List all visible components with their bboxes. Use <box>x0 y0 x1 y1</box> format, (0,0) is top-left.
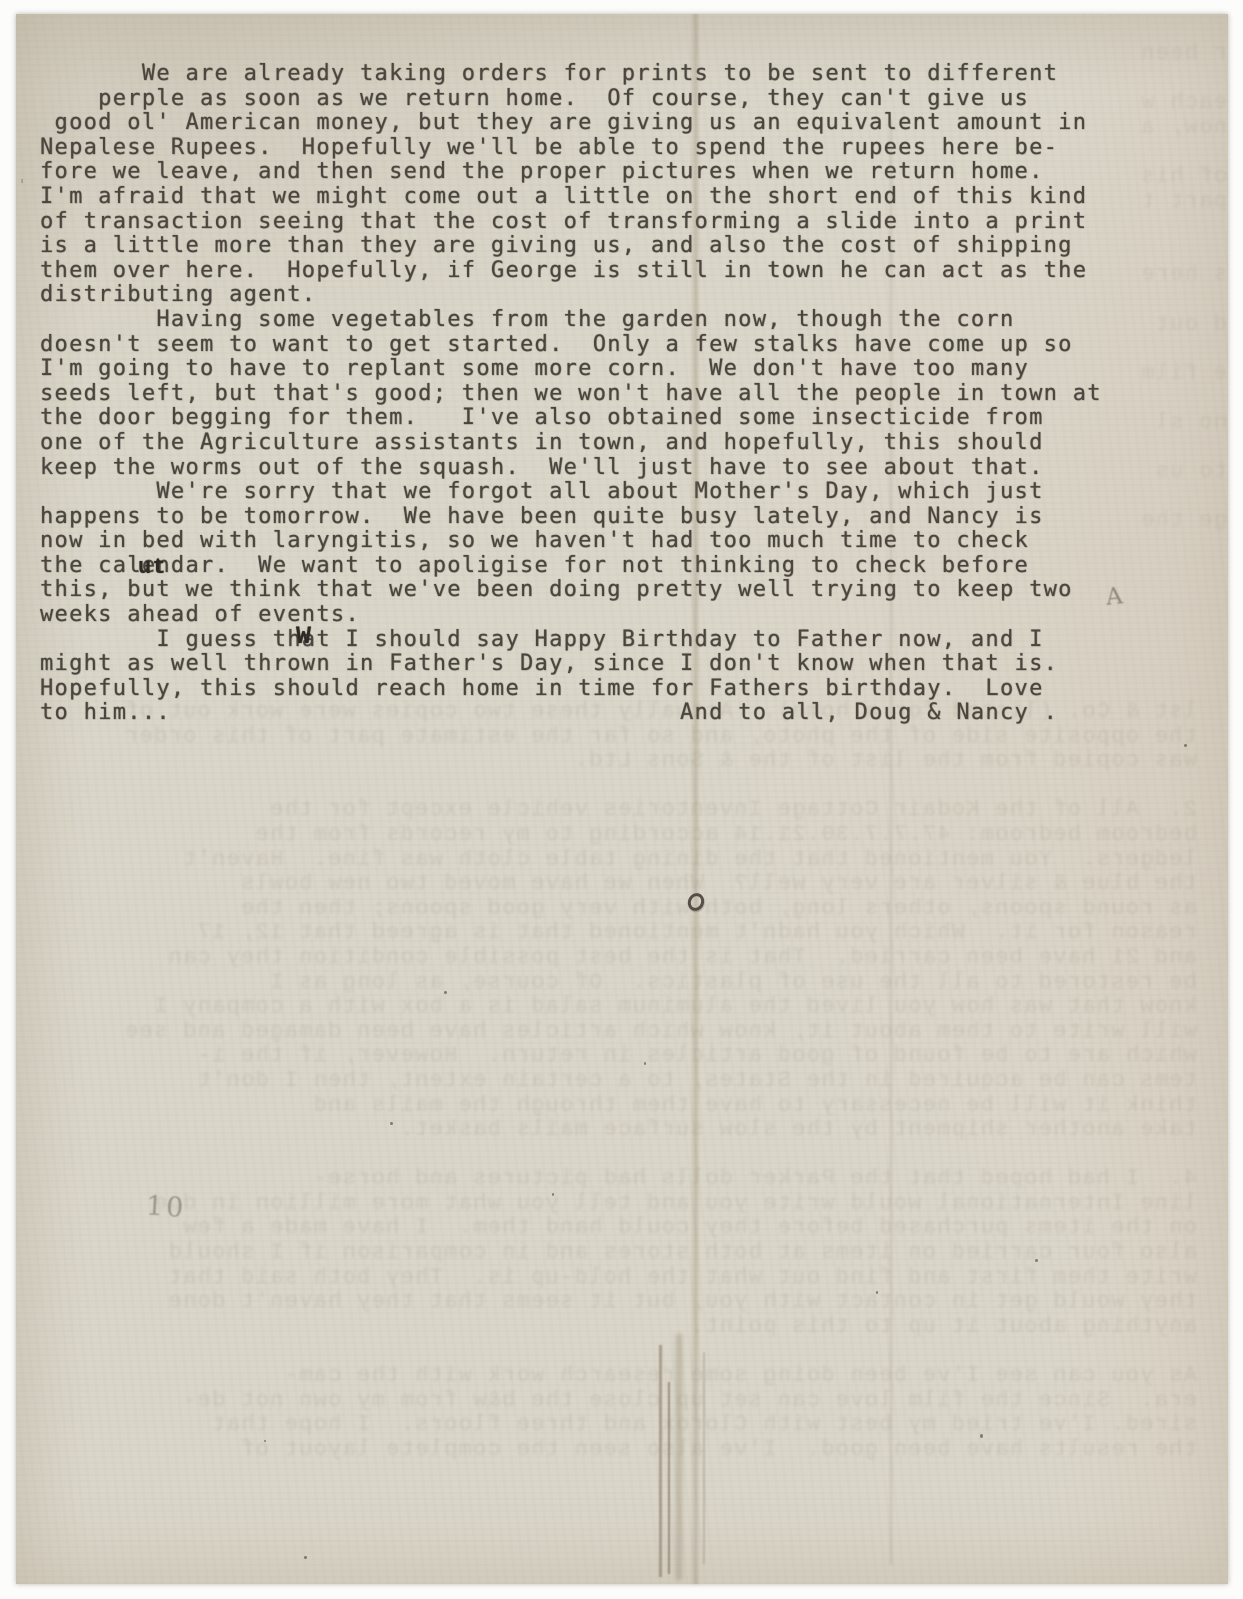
speck <box>980 1434 983 1438</box>
typed-letter-text: We are already taking orders for prints … <box>40 62 1102 726</box>
fold-streak-1 <box>659 1345 662 1577</box>
overstrike-ut: ut <box>138 556 167 581</box>
margin-tick-mark: ' <box>20 176 24 194</box>
speck <box>390 1122 393 1125</box>
speck <box>444 991 447 994</box>
fold-streak-3 <box>676 1334 682 1580</box>
fold-streak-4 <box>703 1352 705 1564</box>
speck <box>876 1291 878 1294</box>
speck <box>1035 1259 1038 1262</box>
pencil-mark-10: 10 <box>145 1191 187 1224</box>
bleedthrough-text-body: lst & Co. (listed for a home). Actually … <box>52 700 1197 1475</box>
fold-crease-right <box>889 120 893 1565</box>
speck <box>644 1062 646 1065</box>
pencil-mark-a: A <box>1105 583 1124 611</box>
speck <box>1184 744 1187 747</box>
overstrike-w: W <box>296 625 312 650</box>
scanned-letter-page: lst & Co. (listed for a home). Actually … <box>0 0 1243 1599</box>
speck <box>264 1440 266 1442</box>
fold-streak-2 <box>668 1382 670 1574</box>
fold-crease-center <box>690 14 700 1584</box>
bleedthrough-text-right-margin: r been each w now, a of his part t s her… <box>1095 42 1227 662</box>
speck <box>304 1556 307 1559</box>
speck <box>552 1193 554 1196</box>
